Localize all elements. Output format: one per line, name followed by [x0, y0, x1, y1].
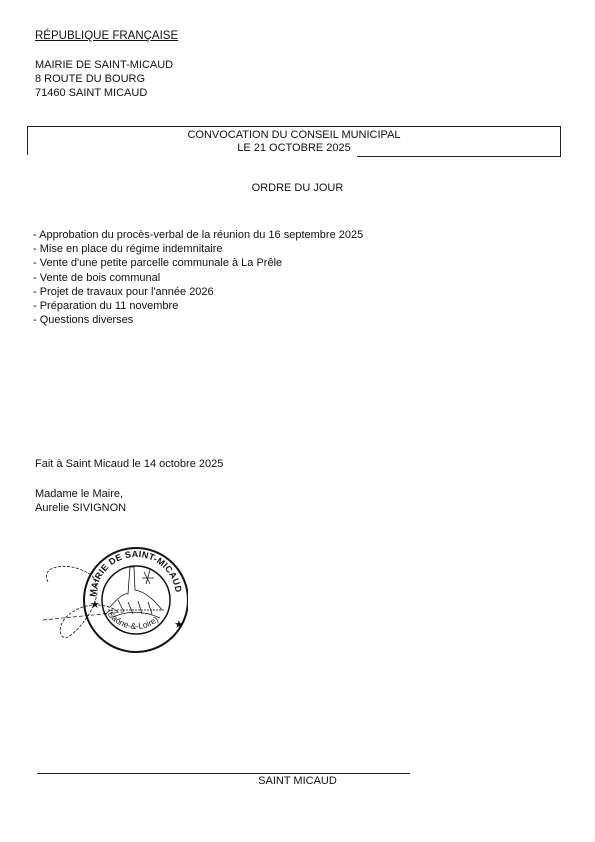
address-line: MAIRIE DE SAINT-MICAUD — [35, 58, 173, 72]
convocation-date: LE 21 OCTOBRE 2025 — [28, 142, 560, 155]
agenda-item: - Mise en place du régime indemnitaire — [33, 242, 363, 256]
signature-block: Madame le Maire, Aurelie SIVIGNON — [35, 487, 126, 515]
agenda-item: - Questions diverses — [33, 313, 363, 327]
footer-text: SAINT MICAUD — [0, 775, 595, 787]
svg-text:★: ★ — [90, 598, 100, 611]
agenda-item: - Projet de travaux pour l'année 2026 — [33, 285, 363, 299]
official-seal-icon: ★ ★ MAIRIE DE SAINT-MICAUD (Saône-&-Loir… — [38, 522, 188, 657]
signatory-title: Madame le Maire, — [35, 487, 126, 501]
footer-divider — [37, 773, 410, 774]
fait-a-line: Fait à Saint Micaud le 14 octobre 2025 — [35, 458, 223, 470]
mairie-address: MAIRIE DE SAINT-MICAUD 8 ROUTE DU BOURG … — [35, 58, 173, 100]
republique-francaise-heading: RÉPUBLIQUE FRANÇAISE — [35, 30, 178, 42]
agenda-item: - Approbation du procès-verbal de la réu… — [33, 228, 363, 242]
svg-text:★: ★ — [174, 618, 184, 631]
ordre-du-jour-heading: ORDRE DU JOUR — [0, 182, 595, 194]
convocation-title: CONVOCATION DU CONSEIL MUNICIPAL LE 21 O… — [28, 129, 560, 155]
agenda-item: - Vente de bois communal — [33, 271, 363, 285]
address-line: 8 ROUTE DU BOURG — [35, 72, 173, 86]
signatory-name: Aurelie SIVIGNON — [35, 501, 126, 515]
convocation-box: CONVOCATION DU CONSEIL MUNICIPAL LE 21 O… — [27, 126, 561, 157]
agenda-item: - Préparation du 11 novembre — [33, 299, 363, 313]
agenda-item: - Vente d'une petite parcelle communale … — [33, 256, 363, 270]
agenda-list: - Approbation du procès-verbal de la réu… — [33, 228, 363, 327]
convocation-heading: CONVOCATION DU CONSEIL MUNICIPAL — [28, 129, 560, 142]
address-line: 71460 SAINT MICAUD — [35, 86, 173, 100]
